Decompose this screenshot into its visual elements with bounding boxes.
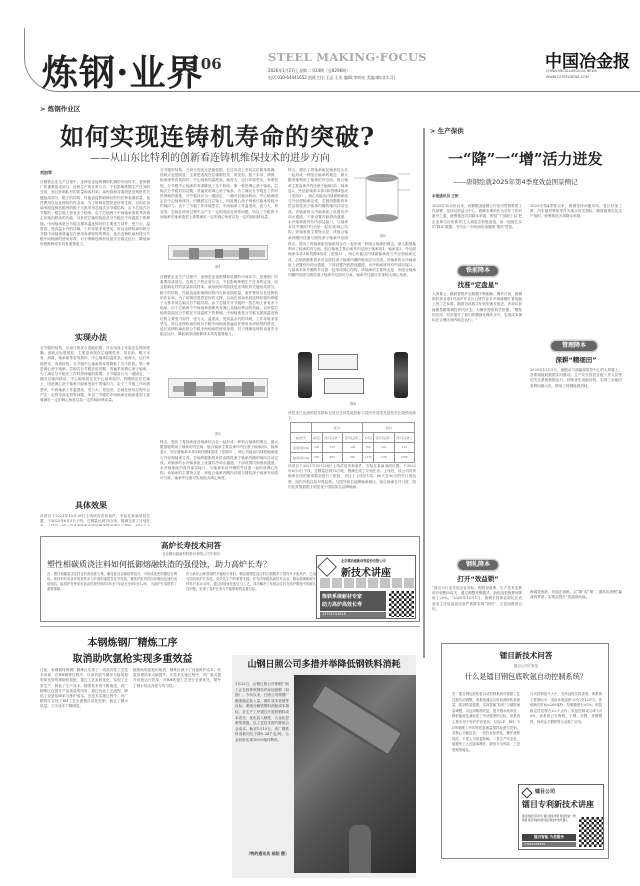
bearing-diagram-icon [169,379,269,399]
ramon-ad-slogan: 镭目智能 为您服务 [522,834,576,841]
qa-box-title: 高炉长寿技术问答 [41,540,341,551]
photo-caption: 1月22日，山钢日照公司炼钢厂职工正在指挥炼钢转炉添加废钢（如图）。今年以来，日… [235,682,289,847]
ad-company: 北京精冶源新材料股份有限公司 [341,558,386,563]
article-column-2b: 在钢铁企业生产过程中，连铸是连接炼钢和轧钢的中间环节，是炼钢厂的重要组成部分。连… [160,275,278,375]
qa2-title: 镭目新技术问答 [442,650,610,661]
article-column-3c: 该项目于2021年10月28日上线试用首套备件，安装在某扇形段位置，于2022年… [288,464,416,530]
qa2-question: 什么是镭目钢包底吹氩自动控制系统？ [442,672,610,682]
qa-box-source: 北京精冶源新材料股份有限公司专家组 [41,551,341,556]
heading-method: 实现办法 [75,332,107,343]
ad-item: 镭目智能炉前机器人 [544,819,567,822]
right-section-ironmaking-body: 大屏幕上，跳跃着的炉况数据不断刷新。操作台前，唐钢炼铁事业部1号高炉作业区日班作… [432,292,522,510]
ramon-logo-icon [521,787,532,798]
cell: 415 [394,443,414,453]
photo-feature: 山钢日照公司多措并举降低钢铁料消耗 1月22日，山钢日照公司炼钢厂职工正在指挥炼… [232,655,416,878]
subheading-rolling: 打开“效益锁” [432,574,524,583]
cell: 径向载荷(kN) [291,443,312,453]
figure-4 [298,352,408,398]
callout-2 [324,378,364,394]
cell: 1170 [363,453,374,463]
advertisement-ramon[interactable]: 镭目公司 镭目专利新技术讲座 镭目智能连铸平台 镭目智能浇钢 镭目智能一键炼钢 … [518,784,604,850]
issue-meta: 2026年1月27日 星期二 014期（总8296期） 电话:010-64441… [268,67,395,81]
qa2-source: 镭目公司专家组 [442,663,610,668]
ad-slogan-2: 助力高炉高效长寿 [322,601,384,609]
cell: 430 [311,443,322,453]
pill-management-cost: 管理降本 [551,341,597,351]
pill-ironmaking-cost: 铁前降本 [458,266,498,276]
ad-keywords [320,578,414,588]
logo-url[interactable]: WWW.CSTEELNEWS.COM [546,74,597,80]
subheading-ironmaking: 找准“定盘星” [432,280,524,289]
newspaper-logo-english: CHINA METALLURGICAL NEWS WWW.CSTEELNEWS.… [546,68,597,80]
cell: 880 [322,453,342,463]
table-row: 轴承型号 本项目 国外某品牌一 国外某品牌二 本项目 国外某品牌一 国外某品牌二 [291,433,415,443]
cell: 1080 [394,453,414,463]
section-label-production: > 生产保供 [430,126,464,135]
figure-2 [168,378,268,398]
steel-plant-photo [294,675,416,873]
cell: 国外某品牌一 [322,433,342,443]
performance-table: 项目1 项目2 轴承型号 本项目 国外某品牌一 国外某品牌二 本项目 国外某品牌… [290,422,415,463]
ramon-ad-phone: 13681983939 [522,842,576,847]
cell: 本项目 [311,433,322,443]
ad-slogan-1: 炼铁系统耐材专家 [322,593,384,601]
article-title-benxi-1: 本钢炼钢厂精炼工序 [40,634,225,649]
cell: 1150 [374,453,394,463]
figure-4-caption: 图4 [298,402,408,407]
cell: 国外某品牌二 [342,433,362,443]
cell: 本项目 [363,433,374,443]
qa-answer-col-2: 作为高炉冶炼领域的关键耐火材料，精冶源塑性浇注料长期服务于国内外多座高炉，已成为… [186,572,316,618]
callout-1 [318,354,358,370]
cell: 860 [342,453,362,463]
english-title: STEEL MAKING·FOCUS [268,50,427,64]
cell: 轴向载荷(kN) [291,453,312,463]
subheading-management: 深耕“精细田” [530,355,622,364]
right-intro: 2025年10月份以来，河钢集团唐钢公司坚决贯彻集团工作部署，坚持以效益为中心，… [432,204,522,262]
pill-rolling-cost: 钢轧降本 [458,560,498,570]
qa2-answer-col-2: 自动控制氩气大小，支持远程实时查看。该系统主要指标为：适用环境温度-20°C至1… [530,692,602,762]
worker-silhouette [349,825,371,873]
cell: 400 [342,443,362,453]
ramon-ad-title: 镭目专利新技术讲座 [522,799,602,810]
main-article-subtitle: ——从山东比特利的创新看连铸机维保技术的进步方向 [90,149,330,164]
table-row: 径向载荷(kN) 430 330 400 350 320 415 [291,443,415,453]
table-row: 轴向载荷(kN) 920 880 860 1170 1150 1080 [291,453,415,463]
qa-box-blast-furnace: 高炉长寿技术问答 北京精冶源新材料股份有限公司专家组 塑性相碳质浇注料如何抵御熔… [40,536,420,622]
table-intro: 该技术已达到的技术指标在项目总体性能指标与国内外同类先进技术比较情况如下： [288,411,416,422]
section-masthead: 炼钢·业界 [42,45,204,96]
cell: 920 [311,453,322,463]
qa-question: 塑性相碳质浇注料如何抵御熔融铁渣的强侵蚀，助力高炉长寿？ [47,559,337,570]
right-section-management-body: 2025年12月2日，唐钢动力部能源管控中心的大屏幕上，各系统能耗数据实时跳动。… [530,368,622,538]
cell: 350 [363,443,374,453]
article-column-2: 分节辊的结构，分设计的优点是能依据，在应用设上安装定位简单准确，但缺点也很明显，… [160,168,278,240]
article-column-3: 特点，提出了将轴承座及轴承结合在一起形成一种组合轴承的理念，最大限度地利用了轴承… [288,168,348,240]
article-column-2c: 特点，提出了将轴承座及轴承结合在一起形成一种组合轴承的理念，最大限度地利用了轴承… [160,440,278,530]
right-col2-intro: 2025年第4季度以来，唐钢坚持问题导向，将长材加工费、汽车板材费用等作为重点攻… [530,204,622,344]
article-column-1c: 该项目于2021年10月28日上线试用首套备件，安装在某扇形段位置，于2022年… [40,514,150,526]
author: 刘加军 [40,170,52,176]
cell: 轴承型号 [291,433,312,443]
qr-code-icon[interactable] [579,817,603,847]
combined-bearing-diagram-icon [352,168,414,228]
company-logo-icon [317,557,337,577]
figure-3 [352,168,414,228]
ad-phone: 13701151818 [320,612,386,618]
ramon-ad-items: 镭目智能连铸平台 镭目智能浇钢 镭目智能一键炼钢 镭目智能炼钢 镭目智能炉前机器… [522,815,576,823]
roller-diagram-icon [169,246,269,261]
qa2-answer-col-1: 答：镭目钢包底吹氩自动控制系统可根据工艺过程自动调整。该系统通过实时检测底吹氩流… [452,692,520,852]
bearing-photo-right [394,352,408,398]
right-section-rolling-body: “我们与行业先进企业对标，围绕设备费、生产技术变费用开展靶向攻关，通过调整采购模… [432,586,522,636]
right-article-title: 一“降”一“增”活力迸发 [448,148,603,169]
cell: 国外某品牌二 [394,433,414,443]
ad-title: 新技术讲座 [341,564,391,579]
qa-answer-col-1: 答：塑性相碳质浇注料含有高纯度石墨、碳化硅及金属硅等组分，可形成致密的碳结合网络… [47,572,177,618]
ramon-company: 镭目公司 [535,788,555,795]
table-group-header: 项目1 项目2 [291,423,415,433]
right-article-subtitle: ——唐钢绘就2025年第4季度效益图景侧记 [453,177,578,186]
right-byline: 本报通讯员 王妍 [432,194,458,199]
ad-slogan-panel: 炼铁系统耐材专家 助力高炉高效长寿 [320,591,386,611]
qa-box-ramon: 镭目新技术问答 镭目公司专家组 什么是镭目钢包底吹氩自动控制系统？ 答：镭目钢包… [441,643,609,859]
group-header-2: 项目2 [363,423,415,433]
heading-effect: 具体效果 [75,500,107,511]
benxi-article-column-1: 日前，本钢板材炼钢厂精炼区实现了一项高效性工艺技术革新，在RH精炼过程中，以高效… [40,668,128,878]
ad-item: 镭目智能炼钢 [528,819,544,822]
figure-1 [168,245,268,260]
main-article-title: 如何实现连铸机寿命的突破? [60,117,375,152]
qr-code-icon[interactable] [389,591,414,617]
photo-credit: （特约通讯员 郝阳 摄） [235,851,289,857]
column-divider [423,128,425,658]
cell: 320 [374,443,394,453]
article-column-1: 在钢铁企业生产过程中，连铸是连接炼钢和轧钢的中间环节，是炼钢厂的重要组成部分。连… [40,180,150,330]
group-header-1: 项目1 [311,423,363,433]
cell: 国外某品牌一 [374,433,394,443]
article-column-1b: 分节辊的结构，分设计的优点是能依据，在应用设上安装定位简单准确，但缺点也很明显，… [40,346,150,496]
benxi-article-column-2: 随着助吹氩枪的取消，精炼区减少了设备维护成本，吹氩管理效率大幅提升。在技术实施过… [133,668,221,878]
advertisement-jingyeyuan[interactable]: 北京精冶源新材料股份有限公司 新技术讲座 炼铁系统耐材专家 助力高炉高效长寿 1… [316,555,416,619]
photo-feature-title: 山钢日照公司多措并举降低钢铁料消耗 [232,657,416,670]
contact-line: 电话:010-64441652 值班主任:王志 王庆 编辑:李明亮 美编:黎川(… [268,74,395,81]
article-title-benxi-2: 取消助吹氩枪实现多重效益 [40,650,225,665]
figure-3-caption: 图3 [352,234,414,239]
cell: 330 [322,443,342,453]
ad-item: 镭目智能浇钢 [544,815,560,818]
bearing-photo-left [298,352,312,398]
figure-2-caption: 图2 [168,432,268,437]
date-line: 2026年1月27日 星期二 014期（总8296期） [268,67,395,74]
figure-1-caption: 图1 [168,265,268,270]
right-closing: 海阔凭鱼跃，风起正扬帆。以“降”促“增”，激荡出唐钢“赢战四季度、实现双提升”的… [530,590,622,630]
section-label-steelmaking: > 炼钢作业区 [40,104,80,113]
article-column-3b: 特点，提出了将轴承座及轴承结合在一起形成一种组合轴承的理念，最大限度地利用了轴承… [288,242,416,335]
page-number: < 06 [183,55,222,73]
ad-item: 镭目智能连铸平台 [522,815,543,818]
divider [40,626,420,627]
ladle-shape [308,682,404,758]
